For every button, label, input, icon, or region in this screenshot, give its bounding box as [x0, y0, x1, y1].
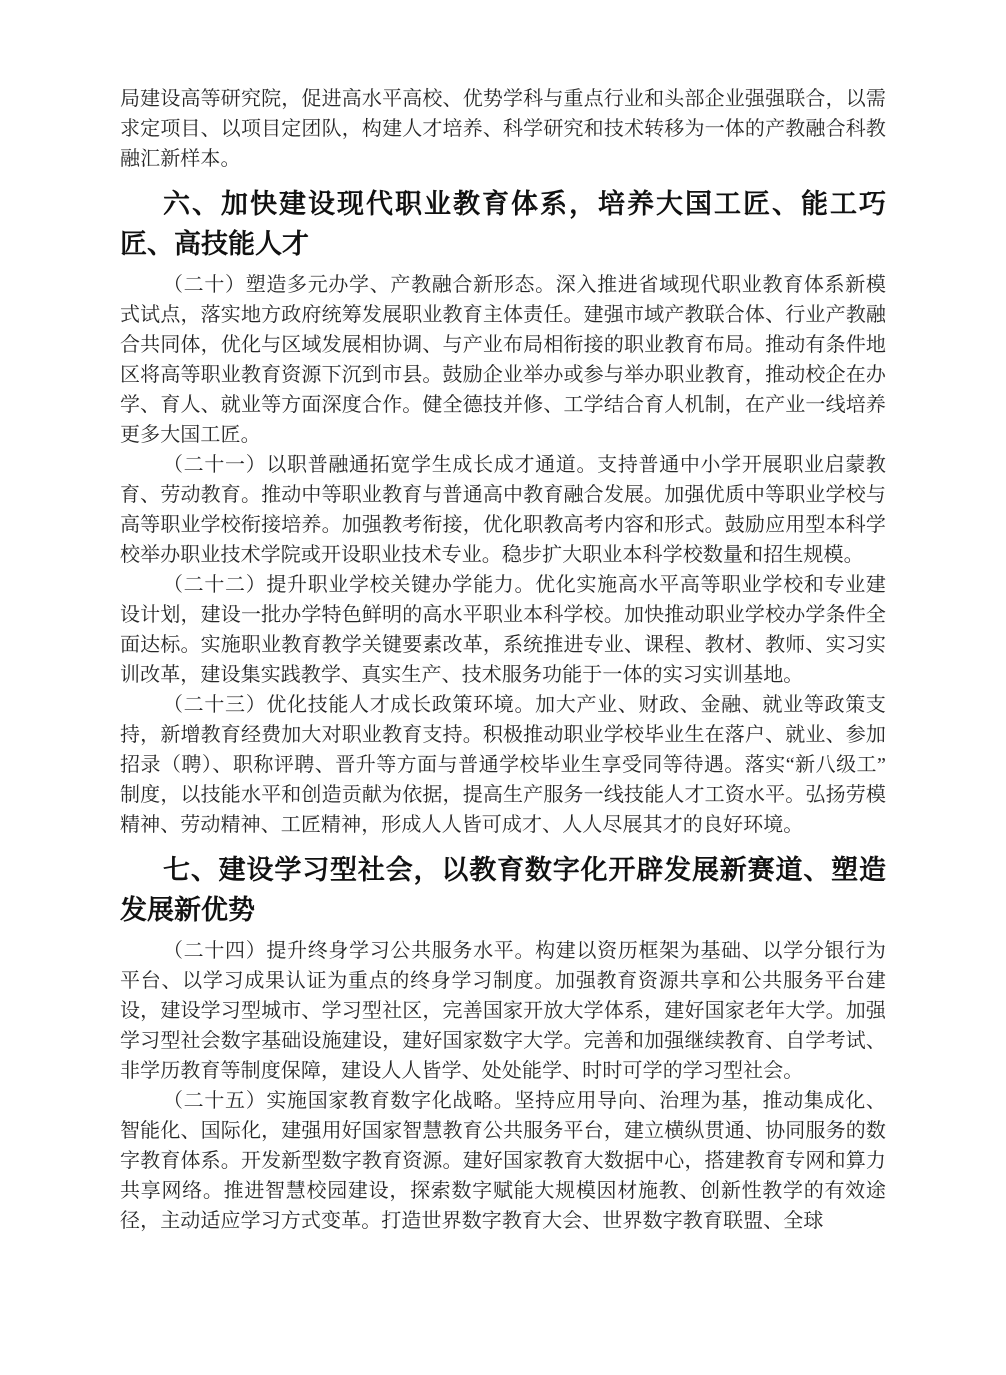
- section-heading-seven: 七、建设学习型社会，以教育数字化开辟发展新赛道、塑造发展新优势: [120, 850, 886, 930]
- paragraph-25: （二十五）实施国家教育数字化战略。坚持应用导向、治理为基，推动集成化、智能化、国…: [120, 1086, 886, 1236]
- continuation-paragraph: 局建设高等研究院，促进高水平高校、优势学科与重点行业和头部企业强强联合，以需求定…: [120, 84, 886, 174]
- paragraph-20: （二十）塑造多元办学、产教融合新形态。深入推进省域现代职业教育体系新模式试点，落…: [120, 270, 886, 450]
- paragraph-22: （二十二）提升职业学校关键办学能力。优化实施高水平高等职业学校和专业建设计划，建…: [120, 570, 886, 690]
- paragraph-23: （二十三）优化技能人才成长政策环境。加大产业、财政、金融、就业等政策支持，新增教…: [120, 690, 886, 840]
- paragraph-24: （二十四）提升终身学习公共服务水平。构建以资历框架为基础、以学分银行为平台、以学…: [120, 936, 886, 1086]
- document-page: 局建设高等研究院，促进高水平高校、优势学科与重点行业和头部企业强强联合，以需求定…: [0, 0, 1006, 1375]
- section-heading-six: 六、加快建设现代职业教育体系，培养大国工匠、能工巧匠、高技能人才: [120, 184, 886, 264]
- paragraph-21: （二十一）以职普融通拓宽学生成长成才通道。支持普通中小学开展职业启蒙教育、劳动教…: [120, 450, 886, 570]
